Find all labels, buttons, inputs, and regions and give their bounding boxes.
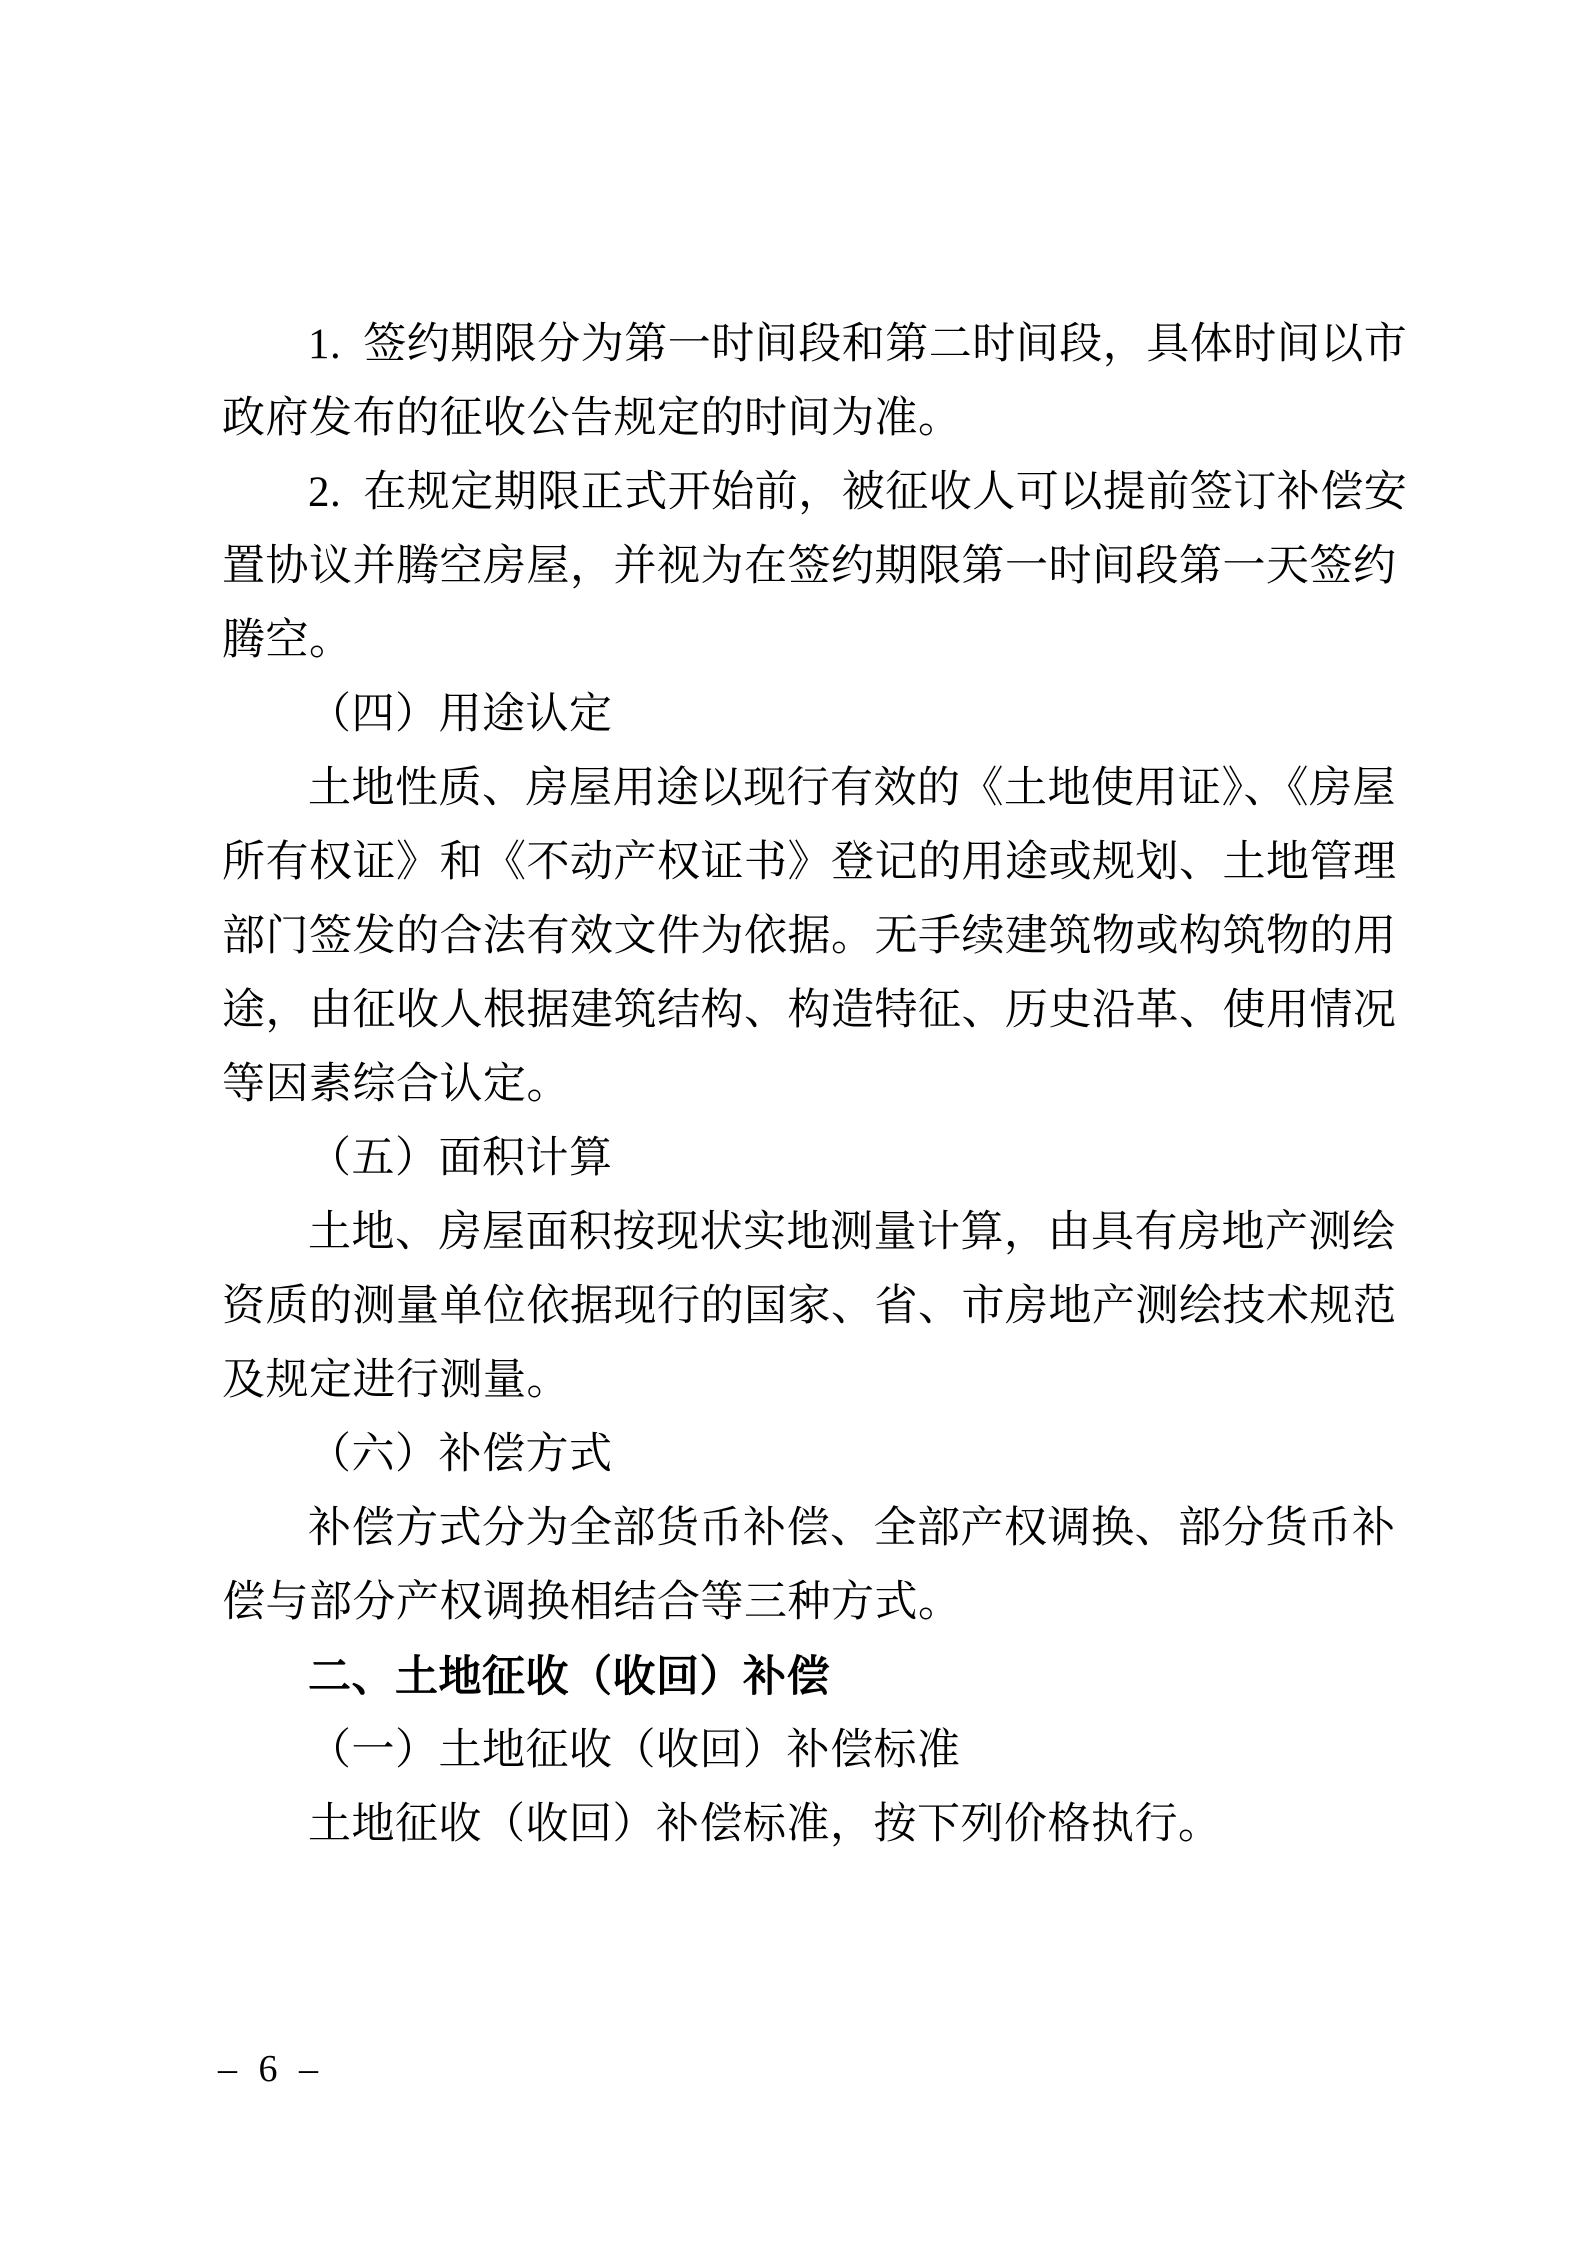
paragraph-line: 土地征收（收回）补偿标准，按下列价格执行。 [222,1788,1402,1862]
paragraph-line: 资质的测量单位依据现行的国家、省、市房地产测绘技术规范 [222,1270,1402,1344]
paragraph-line: 途，由征收人根据建筑结构、构造特征、历史沿革、使用情况 [222,974,1402,1048]
section-heading: （五）面积计算 [222,1122,1402,1196]
paragraph-line: 及规定进行测量。 [222,1344,1402,1418]
section-heading: （一）土地征收（收回）补偿标准 [222,1714,1402,1788]
paragraph-line: 等因素综合认定。 [222,1048,1402,1122]
section-heading: （六）补偿方式 [222,1418,1402,1492]
paragraph-line: 土地、房屋面积按现状实地测量计算，由具有房地产测绘 [222,1196,1402,1270]
page-number: – 6 – [218,2044,324,2094]
paragraph-line: 腾空。 [222,604,1402,678]
paragraph-line: 部门签发的合法有效文件为依据。无手续建筑物或构筑物的用 [222,900,1402,974]
paragraph-line: 偿与部分产权调换相结合等三种方式。 [222,1566,1402,1640]
paragraph-line: 1. 签约期限分为第一时间段和第二时间段，具体时间以市 [222,308,1402,382]
document-body: 1. 签约期限分为第一时间段和第二时间段，具体时间以市 政府发布的征收公告规定的… [222,308,1402,1862]
paragraph-line: 土地性质、房屋用途以现行有效的《土地使用证》、《房屋 [222,752,1402,826]
paragraph-line: 政府发布的征收公告规定的时间为准。 [222,382,1402,456]
section-heading: （四）用途认定 [222,678,1402,752]
chapter-heading: 二、土地征收（收回）补偿 [222,1640,1402,1714]
paragraph-line: 补偿方式分为全部货币补偿、全部产权调换、部分货币补 [222,1492,1402,1566]
paragraph-line: 2. 在规定期限正式开始前，被征收人可以提前签订补偿安 [222,456,1402,530]
document-page: 1. 签约期限分为第一时间段和第二时间段，具体时间以市 政府发布的征收公告规定的… [0,0,1587,2245]
paragraph-line: 置协议并腾空房屋，并视为在签约期限第一时间段第一天签约 [222,530,1402,604]
paragraph-line: 所有权证》和《不动产权证书》登记的用途或规划、土地管理 [222,826,1402,900]
